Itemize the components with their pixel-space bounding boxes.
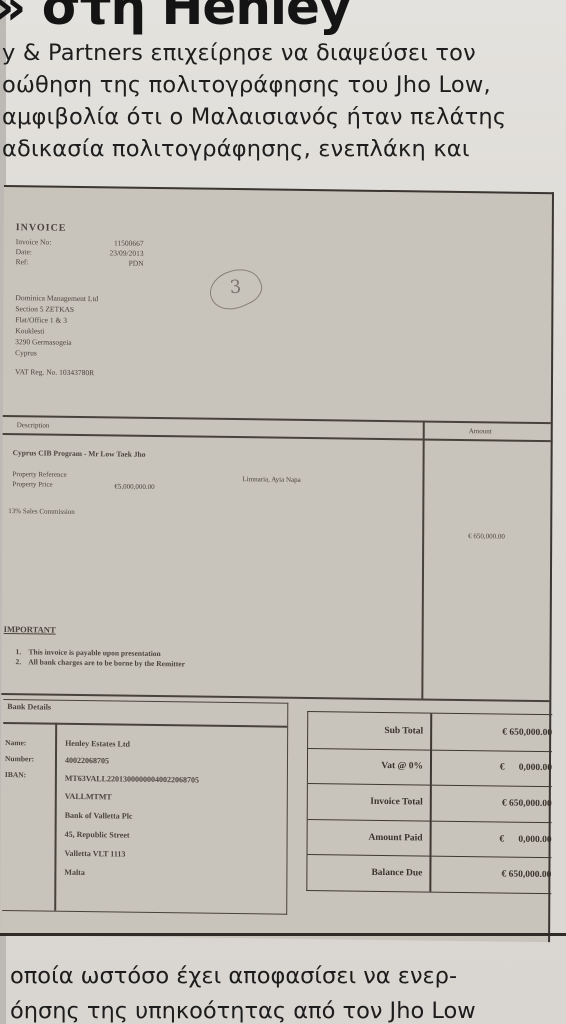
- invoice-meta-ref: Ref: PDN: [16, 257, 144, 268]
- newspaper-page: » στη Henley y & Partners επιχείρησε να …: [0, 0, 566, 1024]
- totals-value: € 650,000.00: [431, 856, 551, 893]
- bank-value: VALLMTMT: [65, 792, 112, 802]
- totals-label: Sub Total: [308, 712, 423, 749]
- bill-to-line: 3290 Germasogeia: [15, 337, 71, 347]
- meta-label: Invoice No:: [16, 237, 52, 246]
- invoice-title: INVOICE: [16, 222, 67, 234]
- article-line: οώθηση της πολιτογράφησης του Jho Low,: [2, 72, 491, 98]
- bank-value: Valletta VLT 1113: [64, 849, 125, 859]
- article-line: οποία ωστόσο έχει αποφασίσει να ενερ-: [10, 963, 457, 989]
- totals-value: € 0,000.00: [432, 820, 552, 857]
- totals-row-amount-paid: Amount Paid € 0,000.00: [308, 819, 552, 859]
- bank-header-rule: [3, 722, 287, 727]
- important-note-1: 1. This invoice is payable upon presenta…: [16, 647, 161, 658]
- totals-row-invoice-total: Invoice Total € 650,000.00: [308, 783, 552, 823]
- bill-to-line: Cyprus: [15, 348, 37, 357]
- bill-to-line: Flat/Office 1 & 3: [15, 315, 67, 325]
- property-reference-value: Limnaria, Ayia Napa: [242, 475, 300, 484]
- column-header-description: Description: [17, 421, 50, 429]
- column-header-amount: Amount: [469, 427, 492, 435]
- invoice-photocopy: INVOICE Invoice No: 11500667 Date: 23/09…: [0, 185, 554, 942]
- note-text: All bank charges are to be borne by the …: [28, 657, 185, 668]
- article-headline: » στη Henley: [0, 0, 351, 36]
- bank-details-box: Bank Details Name: Number: IBAN: Henley …: [2, 699, 288, 915]
- totals-label: Balance Due: [307, 854, 422, 891]
- note-number: 1.: [16, 647, 22, 656]
- bill-to-line: Dominica Management Ltd: [15, 293, 98, 303]
- commission-label: 13% Sales Commission: [8, 507, 75, 516]
- commission-amount: € 650,000.00: [468, 532, 505, 540]
- totals-label: Vat @ 0%: [308, 748, 423, 785]
- invoice-meta-date: Date: 23/09/2013: [16, 247, 144, 258]
- meta-value: PDN: [129, 259, 144, 268]
- property-price-label: Property Price: [12, 480, 52, 489]
- handwritten-circle-mark: 3: [204, 261, 267, 317]
- bill-to-line: Section 5 ZETKAS: [15, 304, 74, 314]
- totals-value: € 650,000.00: [432, 785, 552, 822]
- important-heading: IMPORTANT: [4, 624, 56, 635]
- invoice-meta-number: Invoice No: 11500667: [16, 237, 144, 248]
- property-price-value: €5,000,000.00: [114, 482, 154, 491]
- property-reference-label: Property Reference: [12, 470, 66, 479]
- totals-row-subtotal: Sub Total € 650,000.00: [308, 712, 552, 752]
- totals-table: Sub Total € 650,000.00 Vat @ 0% € 0,000.…: [306, 711, 552, 894]
- bank-value: 45, Republic Street: [65, 830, 130, 840]
- meta-label: Date:: [16, 247, 32, 256]
- totals-label: Invoice Total: [308, 783, 423, 820]
- totals-value: € 650,000.00: [432, 714, 552, 751]
- invoice-bottom-rule: [0, 933, 566, 936]
- totals-row-vat: Vat @ 0% € 0,000.00: [308, 748, 552, 788]
- bank-label: IBAN:: [5, 770, 26, 779]
- article-line: όησης της υπηκοότητας από τον Jho Low: [10, 998, 476, 1024]
- table-top-rule: [3, 415, 551, 424]
- note-text: This invoice is payable upon presentatio…: [29, 647, 161, 658]
- meta-label: Ref:: [16, 257, 29, 266]
- totals-row-balance-due: Balance Due € 650,000.00: [307, 854, 551, 893]
- bank-value: Bank of Valletta Plc: [65, 811, 133, 821]
- meta-value: 11500667: [114, 238, 144, 247]
- bank-label: Number:: [5, 754, 34, 763]
- bank-value: Henley Estates Ltd: [65, 739, 130, 749]
- vat-registration: VAT Reg. No. 10343780R: [15, 367, 94, 377]
- meta-value: 23/09/2013: [109, 248, 143, 257]
- bank-label: Name:: [5, 738, 26, 747]
- handwritten-number: 3: [229, 276, 242, 298]
- bank-value: 40022068705: [65, 756, 109, 766]
- article-line: y & Partners επιχείρησε να διαψεύσει τον: [2, 40, 476, 66]
- totals-value: € 0,000.00: [432, 749, 552, 786]
- bank-details-title: Bank Details: [7, 702, 51, 712]
- amount-column-divider: [421, 420, 424, 698]
- bank-value: Malta: [64, 868, 84, 877]
- important-note-2: 2. All bank charges are to be borne by t…: [15, 657, 184, 668]
- article-line: αδικασία πολιτογράφησης, ενεπλάκη και: [2, 136, 470, 162]
- bill-to-line: Kouklesti: [15, 326, 44, 335]
- note-number: 2.: [15, 657, 21, 666]
- bank-column-divider: [54, 723, 56, 911]
- item-program: Cyprus CIB Program - Mr Low Taek Jho: [13, 448, 146, 459]
- article-line: αμφιβολία ότι ο Μαλαισιανός ήταν πελάτης: [2, 104, 506, 130]
- bank-value: MT63VALL22013000000040022068705: [65, 774, 199, 785]
- totals-label: Amount Paid: [308, 819, 423, 856]
